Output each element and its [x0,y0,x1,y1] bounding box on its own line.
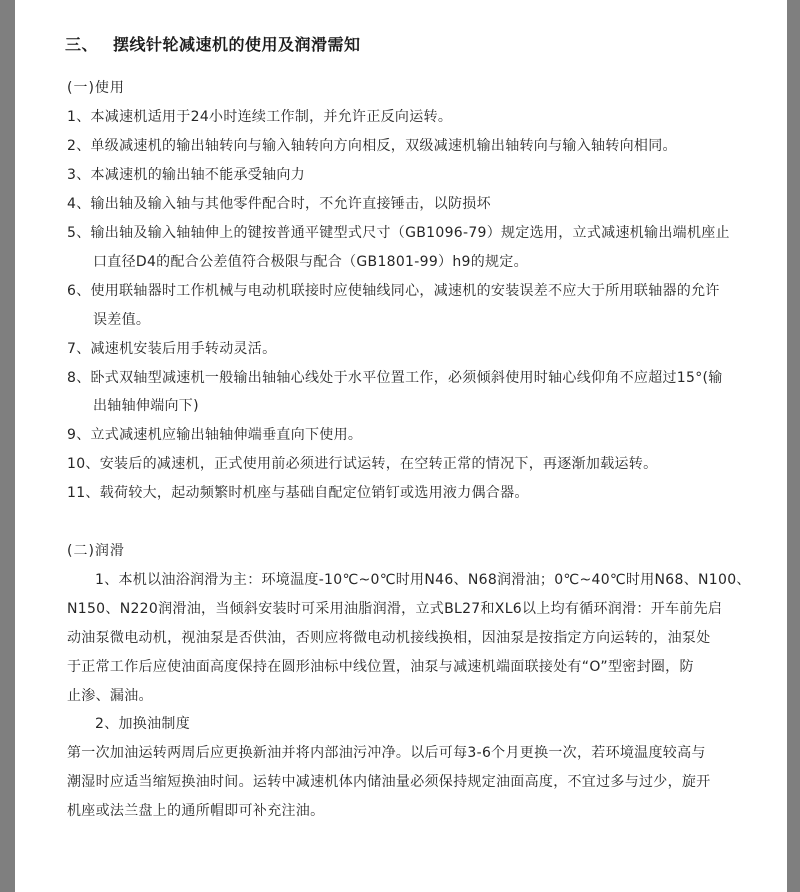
usage-item-5: 5、输出轴及输入轴轴伸上的键按普通平键型式尺寸（GB1096-79）规定选用，立… [67,224,730,242]
usage-item-11: 11、载荷较大，起动频繁时机座与基础自配定位销钉或选用液力偶合器。 [67,484,529,502]
lubrication-item-1-cont-4: 止渗、漏油。 [67,687,153,705]
usage-item-4: 4、输出轴及输入轴与其他零件配合时，不允许直接锤击，以防损坏 [67,195,491,213]
lubrication-item-1-cont-2: 动油泵微电动机，视油泵是否供油，否则应将微电动机接线换相，因油泵是按指定方向运转… [67,629,711,647]
usage-item-8: 8、卧式双轴型减速机一般输出轴轴心线处于水平位置工作，必须倾斜使用时轴心线仰角不… [67,369,723,387]
document-title: 三、摆线针轮减速机的使用及润滑需知 [65,36,361,54]
usage-item-10: 10、安装后的减速机，正式使用前必须进行试运转，在空转正常的情况下，再逐渐加载运… [67,455,657,473]
usage-item-6: 6、使用联轴器时工作机械与电动机联接时应使轴线同心，减速机的安装误差不应大于所用… [67,282,720,300]
lubrication-item-2-body-1: 第一次加油运转两周后应更换新油并将内部油污冲净。以后可每3-6个月更换一次，若环… [67,744,706,762]
lubrication-item-2: 2、加换油制度 [95,715,190,733]
usage-item-8-cont: 出轴轴伸端向下) [93,397,199,415]
usage-item-6-cont: 误差值。 [93,311,150,329]
document-page: 三、摆线针轮减速机的使用及润滑需知 (一)使用 1、本减速机适用于24小时连续工… [15,0,787,892]
title-text: 摆线针轮减速机的使用及润滑需知 [113,35,361,54]
section-heading-lubrication: (二)润滑 [67,542,125,560]
lubrication-item-1-cont-3: 于正常工作后应使油面高度保持在圆形油标中线位置，油泵与减速机端面联接处有“O”型… [67,658,694,676]
lubrication-item-2-body-3: 机座或法兰盘上的通所帽即可补充注油。 [67,802,324,820]
page-number [395,886,425,892]
title-number: 三、 [65,36,113,54]
usage-item-1: 1、本减速机适用于24小时连续工作制，并允许正反向运转。 [67,108,452,126]
section-heading-usage: (一)使用 [67,79,125,97]
usage-item-5-cont: 口直径D4的配合公差值符合极限与配合（GB1801-99）h9的规定。 [93,253,528,271]
usage-item-3: 3、本减速机的输出轴不能承受轴向力 [67,166,305,184]
usage-item-2: 2、单级减速机的输出轴转向与输入轴转向方向相反，双级减速机输出轴转向与输入轴转向… [67,137,677,155]
lubrication-item-2-body-2: 潮湿时应适当缩短换油时间。运转中减速机体内储油量必须保持规定油面高度，不宜过多与… [67,773,711,791]
lubrication-item-1-cont-1: N150、N220润滑油，当倾斜安装时可采用油脂润滑，立式BL27和XL6以上均… [67,600,722,618]
usage-item-9: 9、立式减速机应输出轴轴伸端垂直向下使用。 [67,426,362,444]
usage-item-7: 7、减速机安装后用手转动灵活。 [67,340,276,358]
lubrication-item-1: 1、本机以油浴润滑为主：环境温度-10℃~0℃时用N46、N68润滑油；0℃~4… [95,571,751,589]
